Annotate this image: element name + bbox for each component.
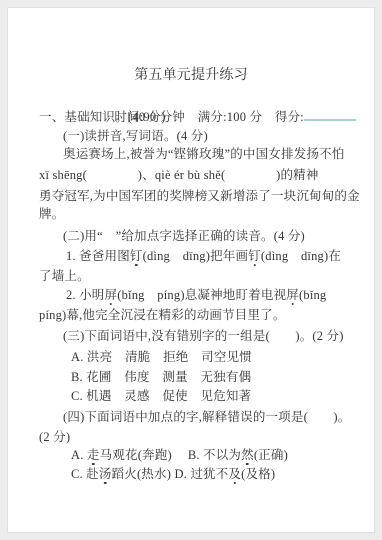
part-1-text-line-3: 勇夺冠军,为中国军团的奖牌榜又新增添了一块沉甸甸的金 [39, 188, 360, 204]
part-1-heading: (一)读拼音,写词语。(4 分) [63, 128, 208, 144]
part-3-option-a: A. 洪亮 清脆 拒绝 司空见惯 [71, 349, 252, 365]
part-3-option-c: C. 机遇 灵感 促使 见危知著 [71, 388, 251, 404]
exam-paper-page: 第五单元提升练习 时间:90 分钟 满分:100 分 得分: 一、基础知识。(4… [7, 7, 375, 533]
exam-score-label: 得分: [275, 110, 304, 124]
part-1-text-line-4: 牌。 [39, 206, 64, 222]
exam-full-score: 满分:100 分 [198, 110, 262, 124]
part-4-options-line-2: C. 赴汤蹈火(热水) D. 过犹不及(及格) [71, 466, 275, 482]
part-4-heading-line-2: (2 分) [39, 429, 70, 445]
part-1-text-line-1: 奥运赛场上,被誉为“铿锵玫瑰”的中国女排发扬不怕 [63, 146, 345, 162]
score-blank-line [304, 107, 356, 121]
part-2-item-1-line-2: 了墙上。 [39, 268, 90, 284]
part-1-text-line-2: xī shēng( )、qiè ér bù shě( )的精神 [39, 167, 319, 183]
part-3-heading: (三)下面词语中,没有错别字的一组是( )。(2 分) [63, 328, 344, 344]
part-2-item-2-line-1: 2. 小明屏(bǐng píng)息凝神地盯着电视屏(bǐng [66, 287, 326, 303]
part-2-heading: (二)用“ ”给加点字选择正确的读音。(4 分) [63, 228, 305, 244]
part-4-heading-line-1: (四)下面词语中加点的字,解释错误的一项是( )。 [63, 409, 350, 425]
part-2-item-1-line-1: 1. 爸爸用图钉(dìng dīng)把年画钉(dìng dīng)在 [66, 248, 341, 264]
exam-title: 第五单元提升练习 [8, 68, 374, 84]
section-1-heading: 一、基础知识。(40 分) [39, 109, 166, 125]
part-4-options-line-1: A. 走马观花(奔跑) B. 不以为然(正确) [71, 447, 288, 463]
part-3-option-b: B. 花圃 伟度 测量 无独有偶 [71, 369, 251, 385]
part-2-item-2-line-2: píng)幕,他完全沉浸在精彩的动画节目里了。 [39, 307, 286, 323]
